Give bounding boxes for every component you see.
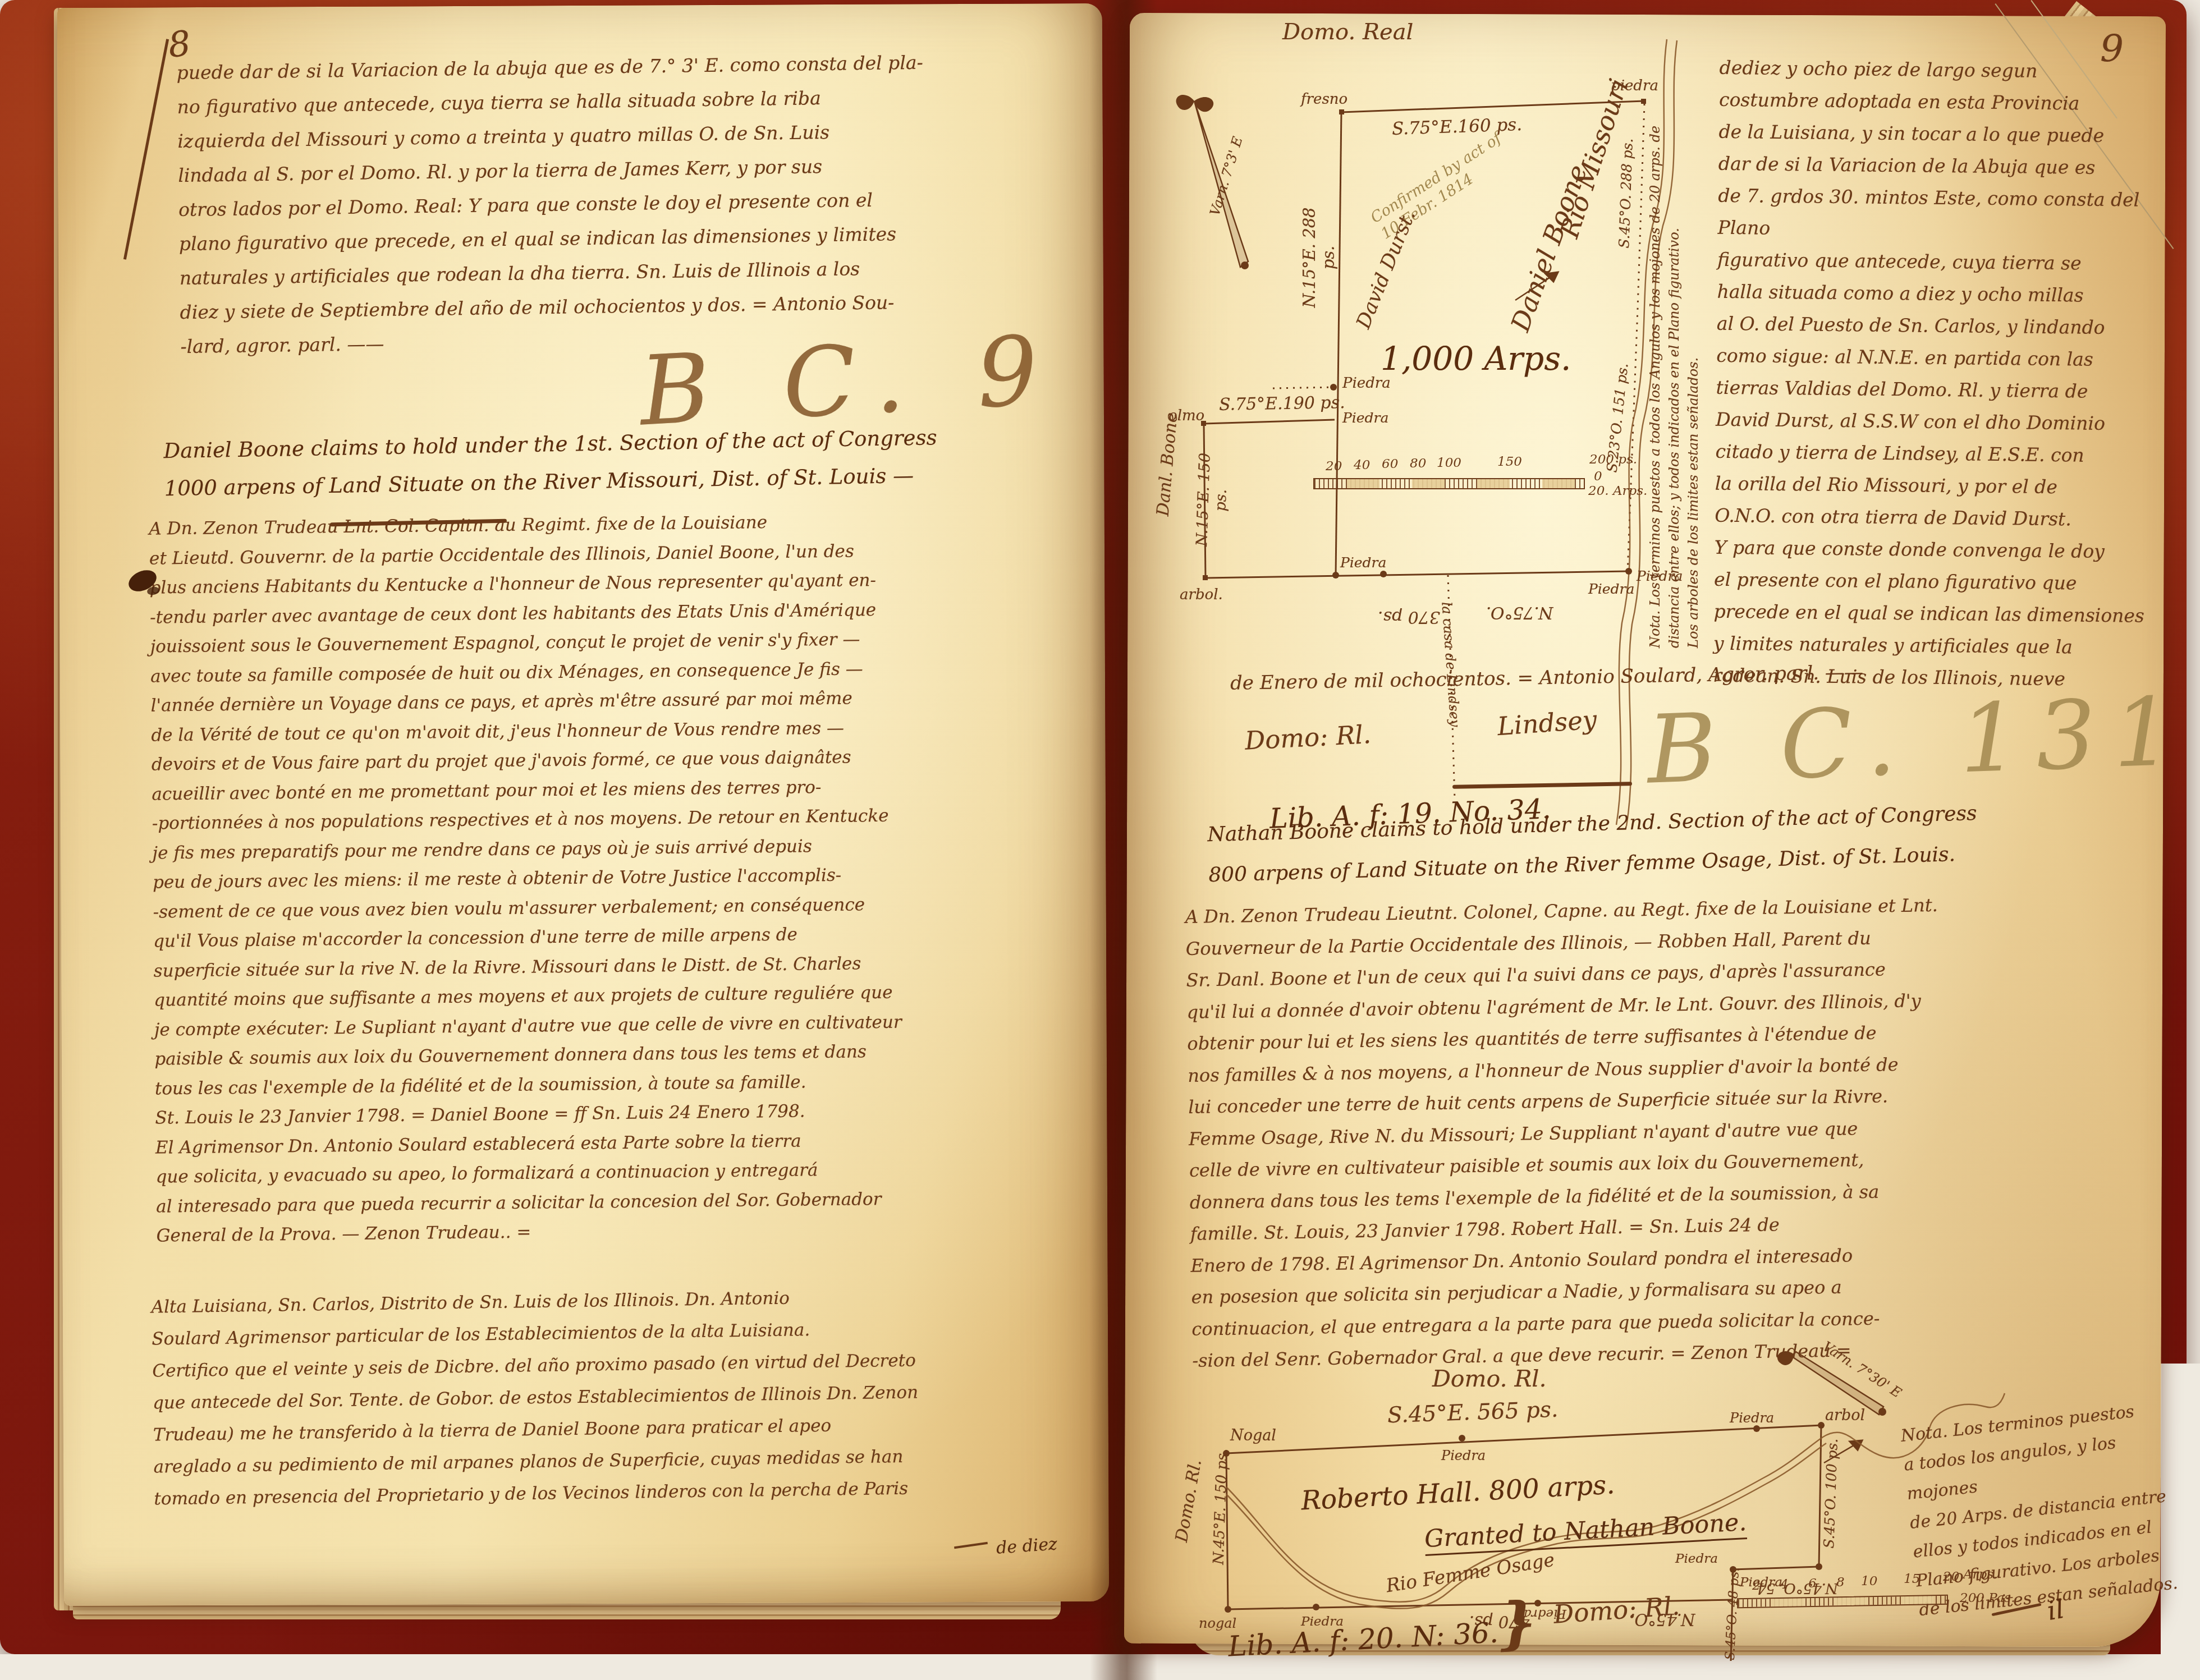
corner2-nogal-sw (1225, 1606, 1231, 1613)
nathan-boone-petition-text: A Dn. Zenon Trudeau Lieutnt. Colonel, Ca… (1185, 885, 2185, 1376)
survey2-line-top (1226, 1425, 1821, 1453)
plat1-marker-piedra-s1-label: Piedra (1340, 554, 1386, 571)
plat2-notch-bearing-flipped: N.45°O. 54. (1752, 1580, 1838, 1596)
daniel-boone-claim-heading: Daniel Boone claims to hold under the 1s… (163, 416, 1079, 507)
plat1-edge-mid-bearing: N.15°E. 288 ps. (1300, 193, 1338, 322)
plat-daniel-boone: Domo. Real Varn. 7°3' E Confirmed by act… (1145, 17, 1712, 836)
plat1-bottom-distance-flipped: 370 ps. (1378, 607, 1440, 627)
marker-piedra-mid (1330, 384, 1337, 391)
marker2-piedra-n2 (1753, 1425, 1760, 1432)
survey-line-top2 (1204, 420, 1335, 424)
corner2-arbol-ne (1818, 1422, 1825, 1429)
plat2-marker-piedra-n1-label: Piedra (1441, 1448, 1486, 1463)
compass2-needle-pommel (1878, 1408, 1886, 1416)
compass-needle-pommel (1241, 261, 1249, 269)
plat1-edge-top2-bearing: S.75°E.190 ps. (1219, 393, 1345, 415)
plat2-scale-arps: Arps. (1963, 1567, 1997, 1582)
plat1-edge-left-bearing: N.15°E. 150 ps. (1193, 440, 1231, 559)
plat1-marker-piedra-river-label: Piedra (1588, 581, 1634, 597)
plat-nathan-boone: Domo. Rl. S.45°E. 565 ps. Nogal arbol Pi… (1179, 1344, 2189, 1680)
survey-line-bottom (1206, 571, 1629, 578)
plat2-scale-20: 20 (1943, 1569, 1959, 1584)
plat2-domain-top: Domo. Rl. (1432, 1365, 1546, 1392)
compass2-needle-fleur (1777, 1351, 1794, 1365)
plat1-scale-60: 60 (1382, 457, 1398, 471)
marker2-piedra-s1 (1313, 1604, 1319, 1610)
plat1-scale-100: 100 (1437, 456, 1461, 470)
plat2-corner-nogal-sw: nogal (1199, 1615, 1236, 1631)
river2-flow-arrowhead (1850, 1440, 1862, 1450)
right-column-certificate-text: dediez y ocho piez de largo segun costum… (1713, 52, 2174, 696)
survey2-line-notch (1733, 1567, 1819, 1569)
plat2-scale-10: 10 (1861, 1574, 1877, 1589)
daniel-boone-petition-text: A Dn. Zenon Trudeau Lnt. Col. Capitn. au… (149, 504, 1083, 1251)
plat2-corner-nogal-nw: Nogal (1230, 1427, 1276, 1444)
corner-marker-arbol (1203, 575, 1208, 580)
plat1-marker-piedra2-label: Piedra (1342, 410, 1388, 426)
plat1-area-label: 1,000 Arps. (1381, 339, 1571, 378)
plat2-nota-text: Nota. Los terminos puestos a todos los a… (1899, 1393, 2199, 1625)
plat2-corner-arbol-ne: arbol (1825, 1407, 1865, 1424)
plat1-scale-20: 20 (1326, 459, 1342, 474)
marker2-piedra-s2 (1534, 1600, 1541, 1606)
plat1-scale-150: 150 (1497, 455, 1522, 469)
opening-certificate-text: puede dar de si la Variacion de la abuja… (176, 43, 1073, 364)
marker-piedra-s1 (1332, 572, 1339, 579)
plat2-scale-8: 8 (1836, 1575, 1845, 1590)
corner-marker-fresno (1339, 109, 1344, 114)
plat1-scale-zero: 0 (1594, 469, 1602, 484)
plat1-bottom-bearing-flipped: N.75°O. (1486, 603, 1553, 622)
plat2-marker-piedra-notch-label: Piedra (1675, 1552, 1718, 1566)
plat2-scale-pas: 200 Pas. (1960, 1591, 2015, 1605)
soulard-certificate-text: Alta Luisiana, Sn. Carlos, Distrito de S… (151, 1279, 1080, 1516)
plat2-scale-2: 2 (1752, 1578, 1761, 1593)
marker2-piedra-e (1816, 1563, 1822, 1570)
plat1-scale-bar (1313, 478, 1585, 489)
compass-needle-fleur-left (1176, 95, 1194, 110)
marker-piedra-se (1625, 568, 1632, 575)
plat1-domain-label: Domo. Real (1282, 19, 1413, 45)
plat1-scale-arps: 20. Arps. (1588, 484, 1647, 498)
plat1-scale-40: 40 (1354, 458, 1370, 472)
plat2-marker-piedra-n2-label: Piedra (1730, 1410, 1774, 1426)
plat1-scale-80: 80 (1410, 456, 1426, 471)
plat2-brace: } (1498, 1589, 1537, 1656)
plat1-side-nota: Nota. Los terminos puestos a todos los A… (1646, 87, 1703, 648)
plat2-scale-15: 15 (1904, 1572, 1920, 1586)
marker2-piedra-n1 (1459, 1435, 1465, 1442)
plat1-corner-fresno: fresno (1301, 91, 1347, 108)
survey-line-inner-vertical (1336, 112, 1341, 575)
plat2-scale-6: 6 (1808, 1576, 1817, 1591)
section-heading-bc131: B C. 131 (1646, 676, 2192, 805)
manuscript-photo: { "palette":{"cover":"#7a160d","parchmen… (0, 0, 2200, 1680)
survey-dashed-stub (1273, 387, 1333, 388)
plat1-corner-arbol: arbol. (1180, 586, 1223, 603)
plat1-scale-end: 200 ps. (1589, 452, 1637, 467)
plat2-scale-4: 4 (1780, 1577, 1789, 1592)
marker-piedra-s1b (1380, 571, 1387, 577)
